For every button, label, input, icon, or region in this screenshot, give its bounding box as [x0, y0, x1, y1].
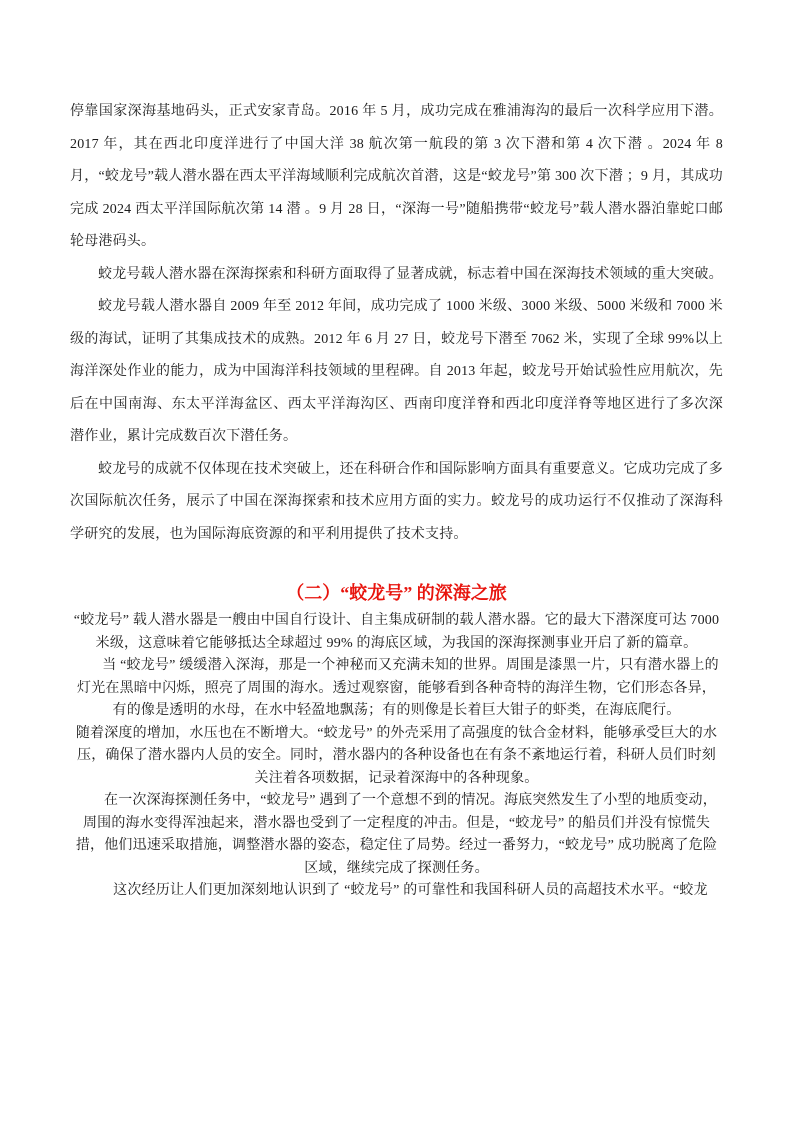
para-sea-trials: 蛟龙号载人潜水器自 2009 年至 2012 年间，成功完成了 1000 米级、… — [70, 291, 723, 454]
section-deep-sea-journey: “蛟龙号” 载人潜水器是一艘由中国自行设计、自主集成研制的载人潜水器。它的最大下… — [70, 610, 723, 903]
para-geological-incident: 在一次深海探测任务中，“蛟龙号” 遇到了一个意想不到的情况。海底突然发生了小型的… — [70, 790, 723, 880]
para-reliability-lesson: 这次经历让人们更加深刻地认识到了 “蛟龙号” 的可靠性和我国科研人员的高超技术水… — [70, 880, 723, 903]
para-intro-7000m: “蛟龙号” 载人潜水器是一艘由中国自行设计、自主集成研制的载人潜水器。它的最大下… — [70, 610, 723, 655]
section-jiaolong-achievements: 停靠国家深海基地码头，正式安家青岛。2016 年 5 月，成功完成在雅浦海沟的最… — [70, 96, 723, 551]
section-heading-deep-sea-journey: （二）“蛟龙号” 的深海之旅 — [70, 581, 723, 605]
para-achievement-summary: 蛟龙号载人潜水器在深海探索和科研方面取得了显著成就，标志着中国在深海技术领域的重… — [70, 259, 723, 292]
document-page: 停靠国家深海基地码头，正式安家青岛。2016 年 5 月，成功完成在雅浦海沟的最… — [70, 0, 723, 903]
para-international-impact: 蛟龙号的成就不仅体现在技术突破上，还在科研合作和国际影响方面具有重要意义。它成功… — [70, 454, 723, 552]
para-descent-scene: 当 “蛟龙号” 缓缓潜入深海，那是一个神秘而又充满未知的世界。周围是漆黑一片，只… — [70, 655, 723, 723]
para-docking-history: 停靠国家深海基地码头，正式安家青岛。2016 年 5 月，成功完成在雅浦海沟的最… — [70, 96, 723, 259]
para-titanium-hull: 随着深度的增加，水压也在不断增大。“蛟龙号” 的外壳采用了高强度的钛合金材料，能… — [70, 723, 723, 791]
